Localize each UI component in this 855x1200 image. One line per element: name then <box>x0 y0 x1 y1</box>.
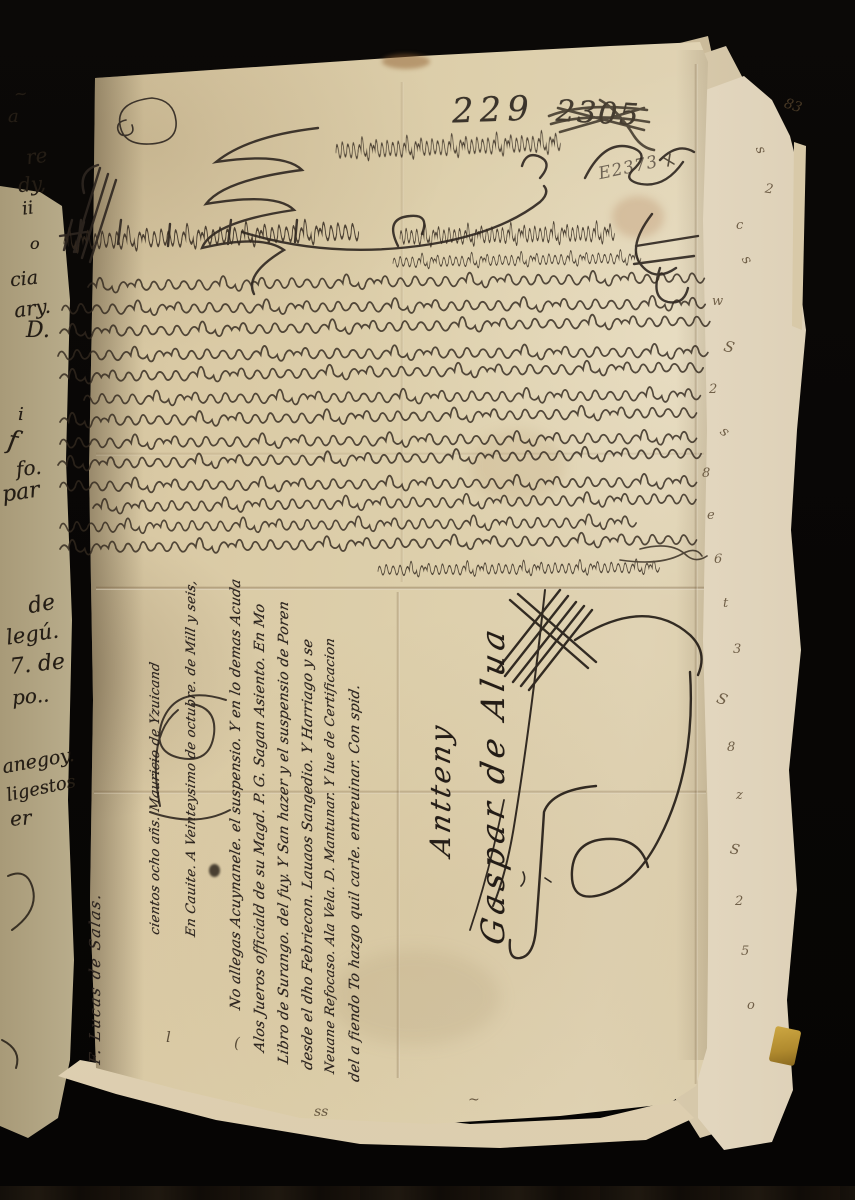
left-page-text-fragment: par <box>0 477 41 507</box>
signature-line-2: Gaspar de Alua <box>474 621 512 948</box>
edge-ink-mark: 2 <box>709 382 717 397</box>
bottom-ink-mark: ( <box>234 1034 240 1052</box>
fold-crease <box>694 64 698 1084</box>
table-edge <box>0 1186 855 1200</box>
bottom-ink-mark: l <box>166 1028 171 1046</box>
paper-stain <box>612 196 664 238</box>
crossed-out-folio-number: 2305 <box>555 94 641 133</box>
date-line-2: cientos ocho añs. Mauricio de Yzuicand <box>148 661 163 936</box>
folio-number: 229 <box>451 89 535 132</box>
corner-mark: 83 <box>782 96 804 117</box>
edge-shade <box>676 50 708 1060</box>
notary-line: Alos Jueros officiald de su Magd. P. G. … <box>252 602 268 1053</box>
edge-ink-mark: 8 <box>727 740 735 755</box>
edge-ink-mark: w <box>712 294 723 309</box>
paper-stain <box>470 430 565 502</box>
date-line-1: En Cauite. A Veinteysimo de octubre. de … <box>184 578 199 938</box>
left-page-text-fragment: cia <box>9 267 39 292</box>
left-page-text-fragment: re <box>24 143 49 170</box>
bottom-ink-mark: ss <box>314 1104 328 1120</box>
edge-ink-mark: 2 <box>735 894 743 909</box>
archive-photo: ~ a re dy, ii o cia ary. D. i f fo. par … <box>0 0 855 1200</box>
signature-line-1: Antteny <box>424 720 457 859</box>
notary-line: del a fiendo To hazgo quil carle. entreu… <box>347 683 363 1084</box>
left-page-text-fragment: ~ <box>13 83 28 103</box>
fold-crease <box>400 82 404 582</box>
left-page-text-fragment: de <box>26 590 57 619</box>
edge-ink-mark: c <box>736 218 743 233</box>
ink-blot <box>209 864 220 877</box>
left-page-text-fragment: er <box>9 805 32 831</box>
left-page-text-fragment: dy, <box>17 171 47 197</box>
edge-ink-mark: o <box>747 998 755 1013</box>
paper-stain <box>382 54 430 69</box>
edge-ink-mark: 8 <box>702 466 710 481</box>
left-page-text-fragment: D. <box>26 318 50 343</box>
notary-line: Libro de Surango. del fuy. Y San hazer y… <box>276 599 292 1065</box>
left-page-text-fragment: ii <box>21 197 35 219</box>
friar-note: F. Lucas de Salas. <box>86 890 104 1066</box>
left-page-text-fragment: a <box>8 106 19 127</box>
notary-line: Neuane Refocaso. Ala Vela. D. Mantunar. … <box>323 636 338 1075</box>
edge-ink-mark: 5 <box>741 944 749 959</box>
bottom-ink-mark: ~ <box>468 1092 480 1108</box>
edge-ink-mark: 6 <box>714 552 722 567</box>
left-page-text-fragment: i <box>18 404 24 425</box>
left-page-text-fragment: po.. <box>11 682 50 709</box>
left-page-text-fragment: o <box>30 234 40 253</box>
edge-ink-mark: e <box>707 508 715 523</box>
edge-ink-mark: z <box>736 788 743 803</box>
edge-ink-mark: 3 <box>733 642 741 657</box>
left-page-text-fragment: fo. <box>15 455 43 482</box>
edge-ink-mark: t <box>723 596 728 611</box>
notary-line: desde el dho Febriecon. Lauaos Sangedio.… <box>300 637 316 1071</box>
notary-line: No allegas Acuynanele. el suspensio. Y e… <box>228 577 244 1011</box>
